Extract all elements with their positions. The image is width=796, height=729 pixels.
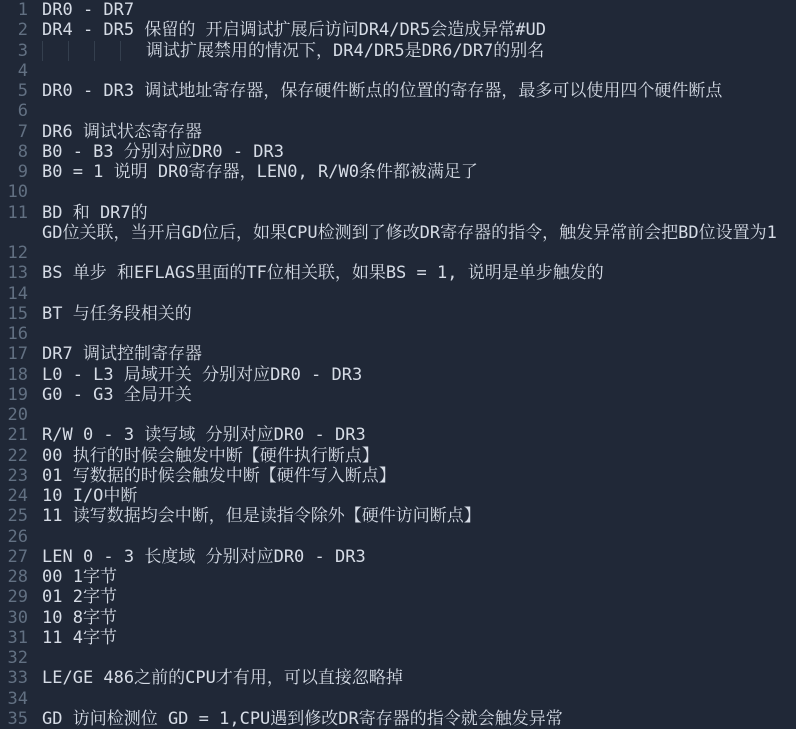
editor-line: 16 (0, 324, 796, 344)
line-number: 35 (0, 709, 28, 729)
line-number: 22 (0, 446, 28, 466)
line-number (0, 223, 28, 243)
line-number: 16 (0, 324, 28, 344)
line-text[interactable]: B0 = 1 说明 DR0寄存器，LEN0, R/W0条件都被满足了 (42, 162, 478, 182)
editor-line: 7 DR6 调试状态寄存器 (0, 122, 796, 142)
line-text[interactable]: 调试扩展禁用的情况下，DR4/DR5是DR6/DR7的别名 (42, 41, 544, 61)
line-text[interactable]: DR7 调试控制寄存器 (42, 344, 202, 364)
line-text[interactable]: B0 - B3 分别对应DR0 - DR3 (42, 142, 284, 162)
line-number: 19 (0, 385, 28, 405)
line-number: 29 (0, 587, 28, 607)
line-text[interactable]: LE/GE 486之前的CPU才有用，可以直接忽略掉 (42, 668, 403, 688)
editor-line: 26 (0, 527, 796, 547)
line-number: 11 (0, 203, 28, 223)
editor-line: 19 G0 - G3 全局开关 (0, 385, 796, 405)
line-number: 13 (0, 263, 28, 283)
line-text[interactable]: BS 单步 和EFLAGS里面的TF位相关联，如果BS = 1, 说明是单步触发… (42, 263, 604, 283)
line-number: 32 (0, 648, 28, 668)
line-number: 12 (0, 243, 28, 263)
line-text[interactable]: DR6 调试状态寄存器 (42, 122, 202, 142)
line-text[interactable]: G0 - G3 全局开关 (42, 385, 192, 405)
line-number: 28 (0, 567, 28, 587)
code-editor[interactable]: 1 DR0 - DR7 2 DR4 - DR5 保留的 开启调试扩展后访问DR4… (0, 0, 796, 729)
editor-line: GD位关联，当开启GD位后，如果CPU检测到了修改DR寄存器的指令，触发异常前会… (0, 223, 796, 243)
line-text[interactable]: 11 4字节 (42, 628, 117, 648)
editor-line: 25 11 读写数据均会中断，但是读指令除外【硬件访问断点】 (0, 506, 796, 526)
editor-line: 8 B0 - B3 分别对应DR0 - DR3 (0, 142, 796, 162)
line-text[interactable]: LEN 0 - 3 长度域 分别对应DR0 - DR3 (42, 547, 366, 567)
editor-line: 10 (0, 182, 796, 202)
line-text[interactable]: 00 执行的时候会触发中断【硬件执行断点】 (42, 446, 379, 466)
line-number: 25 (0, 506, 28, 526)
line-number: 8 (0, 142, 28, 162)
line-number: 3 (0, 41, 28, 61)
editor-line: 9 B0 = 1 说明 DR0寄存器，LEN0, R/W0条件都被满足了 (0, 162, 796, 182)
editor-line: 24 10 I/O中断 (0, 486, 796, 506)
indent-guides (42, 41, 146, 61)
line-text[interactable]: GD 访问检测位 GD = 1,CPU遇到修改DR寄存器的指令就会触发异常 (42, 709, 563, 729)
editor-line: 5 DR0 - DR3 调试地址寄存器，保存硬件断点的位置的寄存器，最多可以使用… (0, 81, 796, 101)
line-text[interactable]: DR0 - DR7 (42, 0, 134, 20)
line-number: 26 (0, 527, 28, 547)
line-text[interactable]: 01 2字节 (42, 587, 117, 607)
line-number: 20 (0, 405, 28, 425)
editor-line: 11 BD 和 DR7的 (0, 203, 796, 223)
line-number: 34 (0, 689, 28, 709)
editor-line: 2 DR4 - DR5 保留的 开启调试扩展后访问DR4/DR5会造成异常#UD (0, 20, 796, 40)
line-number: 23 (0, 466, 28, 486)
line-number: 9 (0, 162, 28, 182)
line-number: 10 (0, 182, 28, 202)
editor-line: 35 GD 访问检测位 GD = 1,CPU遇到修改DR寄存器的指令就会触发异常 (0, 709, 796, 729)
line-text[interactable]: 01 写数据的时候会触发中断【硬件写入断点】 (42, 466, 396, 486)
editor-line: 28 00 1字节 (0, 567, 796, 587)
editor-line: 31 11 4字节 (0, 628, 796, 648)
editor-line: 21 R/W 0 - 3 读写域 分别对应DR0 - DR3 (0, 425, 796, 445)
editor-line: 32 (0, 648, 796, 668)
line-text[interactable]: DR0 - DR3 调试地址寄存器，保存硬件断点的位置的寄存器，最多可以使用四个… (42, 81, 722, 101)
editor-line: 14 (0, 284, 796, 304)
line-text[interactable]: L0 - L3 局域开关 分别对应DR0 - DR3 (42, 365, 362, 385)
line-number: 31 (0, 628, 28, 648)
editor-line: 27 LEN 0 - 3 长度域 分别对应DR0 - DR3 (0, 547, 796, 567)
line-number: 24 (0, 486, 28, 506)
line-text[interactable]: BD 和 DR7的 (42, 203, 148, 223)
line-text[interactable]: 00 1字节 (42, 567, 117, 587)
editor-line: 33 LE/GE 486之前的CPU才有用，可以直接忽略掉 (0, 668, 796, 688)
line-number: 5 (0, 81, 28, 101)
editor-line: 3 调试扩展禁用的情况下，DR4/DR5是DR6/DR7的别名 (0, 41, 796, 61)
line-number: 15 (0, 304, 28, 324)
line-text[interactable]: GD位关联，当开启GD位后，如果CPU检测到了修改DR寄存器的指令，触发异常前会… (42, 223, 777, 243)
line-number: 30 (0, 608, 28, 628)
line-number: 1 (0, 0, 28, 20)
line-text[interactable]: 10 I/O中断 (42, 486, 137, 506)
line-text[interactable]: BT 与任务段相关的 (42, 304, 192, 324)
editor-line: 20 (0, 405, 796, 425)
line-text[interactable]: 11 读写数据均会中断，但是读指令除外【硬件访问断点】 (42, 506, 481, 526)
editor-line: 15 BT 与任务段相关的 (0, 304, 796, 324)
editor-line: 29 01 2字节 (0, 587, 796, 607)
editor-line: 6 (0, 101, 796, 121)
line-number: 17 (0, 344, 28, 364)
line-number: 4 (0, 61, 28, 81)
line-number: 33 (0, 668, 28, 688)
line-number: 7 (0, 122, 28, 142)
editor-line: 18 L0 - L3 局域开关 分别对应DR0 - DR3 (0, 365, 796, 385)
line-number: 27 (0, 547, 28, 567)
editor-line: 4 (0, 61, 796, 81)
line-number: 6 (0, 101, 28, 121)
line-number: 2 (0, 20, 28, 40)
editor-line: 30 10 8字节 (0, 608, 796, 628)
editor-line: 22 00 执行的时候会触发中断【硬件执行断点】 (0, 446, 796, 466)
editor-line: 12 (0, 243, 796, 263)
line-text[interactable]: R/W 0 - 3 读写域 分别对应DR0 - DR3 (42, 425, 366, 445)
line-number: 14 (0, 284, 28, 304)
line-number: 21 (0, 425, 28, 445)
editor-line: 34 (0, 689, 796, 709)
editor-line: 1 DR0 - DR7 (0, 0, 796, 20)
editor-line: 23 01 写数据的时候会触发中断【硬件写入断点】 (0, 466, 796, 486)
editor-line: 17 DR7 调试控制寄存器 (0, 344, 796, 364)
line-number: 18 (0, 365, 28, 385)
line-text[interactable]: DR4 - DR5 保留的 开启调试扩展后访问DR4/DR5会造成异常#UD (42, 20, 546, 40)
editor-line: 13 BS 单步 和EFLAGS里面的TF位相关联，如果BS = 1, 说明是单… (0, 263, 796, 283)
line-text[interactable]: 10 8字节 (42, 608, 117, 628)
